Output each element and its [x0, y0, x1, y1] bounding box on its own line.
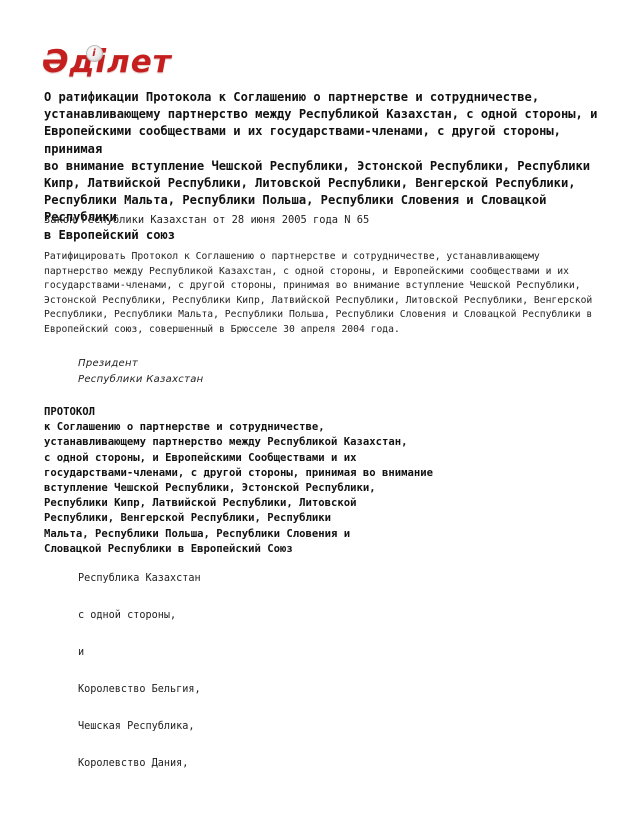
signature-org: Республики Казахстан [78, 372, 204, 388]
law-reference: Закон Республики Казахстан от 28 июня 20… [44, 213, 369, 227]
logo-text-end: лет [107, 44, 172, 80]
party-item: с одной стороны, [78, 609, 201, 646]
adilet-logo[interactable]: Әділет i [42, 44, 172, 80]
info-icon: i [86, 45, 103, 62]
protocol-heading: ПРОТОКОЛ [44, 405, 433, 420]
signature-title: Президент [78, 356, 204, 372]
protocol-subheading: к Соглашению о партнерстве и сотрудничес… [44, 420, 433, 557]
parties-list: Республика Казахстан с одной стороны, и … [78, 572, 201, 794]
party-item: и [78, 646, 201, 683]
party-item: Чешская Республика, [78, 720, 201, 757]
signature-block: Президент Республики Казахстан [78, 356, 204, 388]
party-item: Королевство Дания, [78, 757, 201, 794]
protocol-heading-block: ПРОТОКОЛк Соглашению о партнерстве и сот… [44, 405, 433, 557]
party-item: Королевство Бельгия, [78, 683, 201, 720]
preamble-paragraph: Ратифицировать Протокол к Соглашению о п… [44, 250, 604, 338]
party-item: Республика Казахстан [78, 572, 201, 609]
